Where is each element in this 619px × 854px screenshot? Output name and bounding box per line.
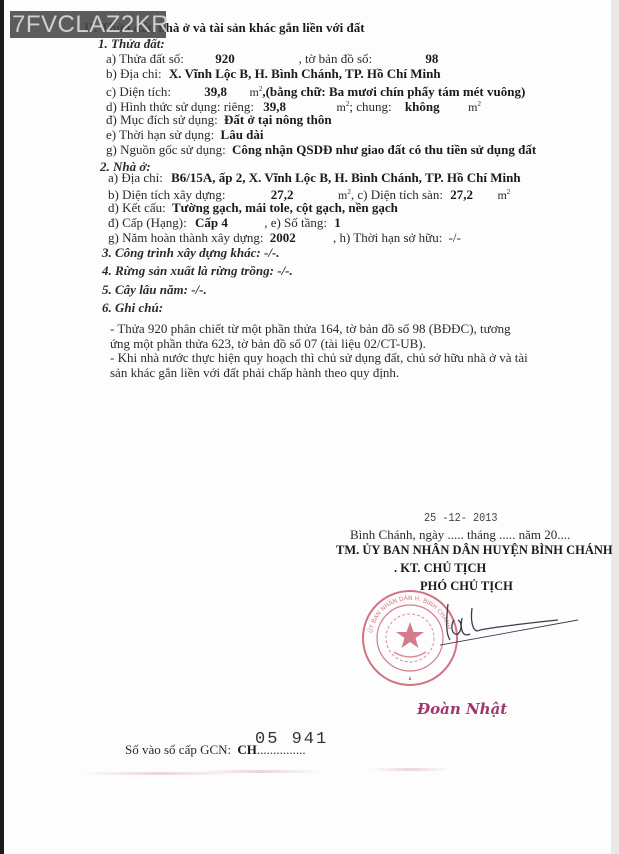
label: đ) Mục đích sử dụng:	[106, 112, 218, 127]
page-edge-right	[611, 0, 619, 854]
label: , e) Số tầng:	[264, 215, 327, 230]
issuing-authority: TM. ỦY BAN NHÂN DÂN HUYỆN BÌNH CHÁNH	[336, 543, 613, 558]
completion-year: 2002	[270, 230, 330, 245]
floor-count: 1	[334, 215, 341, 230]
registry-prefix: CH	[237, 742, 257, 757]
usage-term-row: e) Thời hạn sử dụng: Lâu dài	[106, 127, 264, 142]
section-5-perennial-trees: 5. Cây lâu năm: -/-.	[102, 282, 207, 297]
land-plot-number-row: a) Thửa đất số: 920 , tờ bản đồ số: 98	[106, 51, 438, 66]
label: a) Địa chỉ:	[108, 170, 163, 185]
note-2-line-1: - Khi nhà nước thực hiện quy hoạch thì c…	[110, 350, 528, 365]
note-1-line-2: ứng một phần thửa 623, tờ bản đồ số 07 (…	[110, 336, 426, 351]
plot-number: 920	[215, 51, 295, 66]
unit: m2	[337, 100, 350, 114]
section-1-title: 1. Thửa đất:	[98, 36, 165, 51]
paper-scuff	[200, 770, 320, 773]
land-address: X. Vĩnh Lộc B, H. Bình Chánh, TP. Hồ Chí…	[169, 66, 441, 81]
usage-origin: Công nhận QSDĐ như giao đất có thu tiền …	[232, 142, 536, 157]
section-4-production-forest: 4. Rừng sản xuất là rừng trồng: -/-.	[102, 263, 293, 278]
usage-term: Lâu dài	[221, 127, 264, 142]
map-sheet-number: 98	[425, 51, 438, 66]
watermark-label: 7FVCLAZ2KR	[10, 11, 166, 38]
section-3-other-constructions: 3. Công trình xây dựng khác: -/-.	[102, 245, 280, 260]
usage-purpose: Đất ở tại nông thôn	[224, 112, 332, 127]
note-1-line-1: - Thửa 920 phân chiết từ một phần thửa 1…	[110, 321, 511, 336]
shared-area: không	[405, 99, 465, 114]
note-2-line-2: sản khác gắn liền với đất phải chấp hành…	[110, 365, 399, 380]
paper-scuff	[370, 768, 450, 771]
on-behalf-of-chairman: . KT. CHỦ TỊCH	[394, 561, 486, 576]
handwritten-signature-icon	[440, 594, 580, 654]
section-6-title: 6. Ghi chú:	[102, 300, 163, 315]
ownership-term: -/-	[449, 230, 461, 245]
label: ; chung:	[349, 99, 391, 114]
floor-area: 27,2	[450, 187, 494, 202]
stamped-date: 25 -12- 2013	[424, 511, 497, 525]
usage-purpose-row: đ) Mục đích sử dụng: Đất ở tại nông thôn	[106, 112, 332, 127]
label: , h) Thời hạn sở hữu:	[333, 230, 442, 245]
label: b) Địa chỉ:	[106, 66, 162, 81]
grade-floors-row: đ) Cấp (Hạng): Cấp 4 , e) Số tầng: 1	[108, 215, 341, 230]
unit: m2	[468, 100, 481, 114]
land-address-row: b) Địa chỉ: X. Vĩnh Lộc B, H. Bình Chánh…	[106, 66, 441, 81]
usage-origin-row: g) Nguồn gốc sử dụng: Công nhận QSDĐ như…	[106, 142, 536, 157]
building-grade: Cấp 4	[195, 215, 261, 230]
unit: m2	[497, 188, 510, 202]
house-address-row: a) Địa chỉ: B6/15A, ấp 2, X. Vĩnh Lộc B,…	[108, 170, 521, 185]
label: g) Năm hoàn thành xây dựng:	[108, 230, 263, 245]
label: đ) Cấp (Hạng):	[108, 215, 187, 230]
label: g) Nguồn gốc sử dụng:	[106, 142, 226, 157]
completion-year-row: g) Năm hoàn thành xây dựng: 2002 , h) Th…	[108, 230, 461, 245]
label: e) Thời hạn sử dụng:	[106, 127, 214, 142]
label: a) Thửa đất số:	[106, 51, 184, 66]
signer-name: Đoàn Nhật	[417, 700, 507, 718]
place-and-date: Bình Chánh, ngày ..... tháng ..... năm 2…	[350, 527, 570, 542]
registry-number: 05 941	[255, 730, 328, 749]
structure: Tường gạch, mái tole, cột gạch, nền gạch	[172, 200, 398, 215]
house-address: B6/15A, ấp 2, X. Vĩnh Lộc B, H. Bình Chá…	[171, 170, 520, 185]
page-edge-shadow-left	[0, 0, 4, 854]
structure-row: d) Kết cấu: Tường gạch, mái tole, cột gạ…	[108, 200, 398, 215]
label: , tờ bản đồ số:	[298, 51, 372, 66]
label: d) Kết cấu:	[108, 200, 166, 215]
label: Số vào sổ cấp GCN:	[125, 742, 231, 757]
